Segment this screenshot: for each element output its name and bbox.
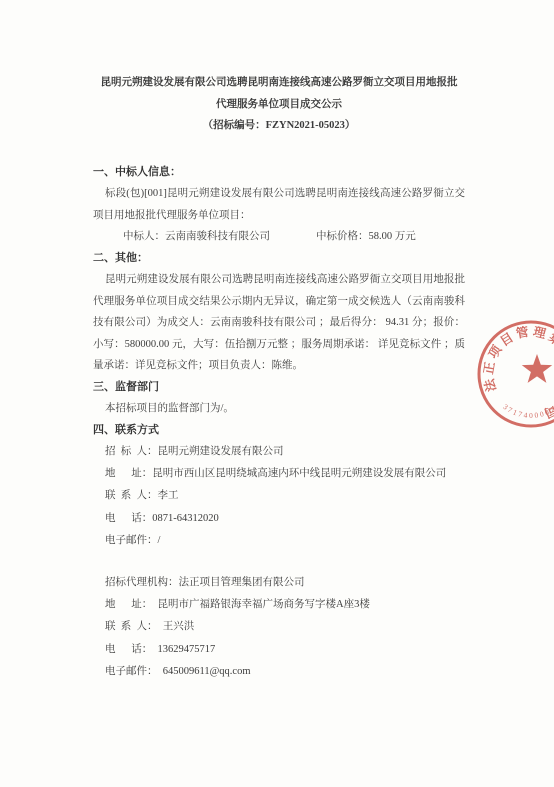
agency-email-label: 电子邮件：	[105, 666, 163, 677]
blank-spacer	[93, 552, 465, 572]
section-winner-heading: 一、中标人信息：	[93, 162, 465, 184]
agency-phone-line: 电 话： 13629475717	[93, 639, 465, 661]
section-winner-paragraph: 标段(包)[001]昆明元朔建设发展有限公司选聘昆明南连接线高速公路罗衙立交项目…	[93, 183, 465, 226]
tenderer-name-value: 昆明元朔建设发展有限公司	[158, 446, 284, 457]
document-content: 昆明元朔建设发展有限公司选聘昆明南连接线高速公路罗衙立交项目用地报批 代理服务单…	[93, 72, 465, 683]
tenderer-address-line: 地 址：昆明市西山区昆明绕城高速内环中线昆明元朔建设发展有限公司	[93, 463, 465, 485]
winner-row: 中标人：云南南骏科技有限公司中标价格：58.00 万元	[93, 226, 465, 248]
agency-phone-label: 电 话：	[105, 644, 158, 655]
agency-contact-label: 联 系 人：	[105, 621, 163, 632]
winner-name: 中标人：云南南骏科技有限公司	[123, 231, 270, 242]
section-winner: 一、中标人信息： 标段(包)[001]昆明元朔建设发展有限公司选聘昆明南连接线高…	[93, 162, 465, 248]
bid-number: （招标编号：FZYN2021-05023）	[93, 115, 465, 137]
title-line-2: 代理服务单位项目成交公示	[93, 94, 465, 116]
agency-address-line: 地 址： 昆明市广福路银海幸福广场商务写字楼A座3楼	[93, 594, 465, 616]
tenderer-email-label: 电子邮件：	[105, 535, 158, 546]
agency-contact-value: 王兴洪	[163, 621, 195, 632]
tenderer-contact-value: 李工	[158, 490, 179, 501]
tenderer-address-value: 昆明市西山区昆明绕城高速内环中线昆明元朔建设发展有限公司	[152, 468, 446, 479]
tenderer-phone-line: 电 话：0871-64312020	[93, 508, 465, 530]
tenderer-email-line: 电子邮件：/	[93, 530, 465, 552]
tenderer-email-value: /	[158, 535, 161, 546]
section-supervision-heading: 三、监督部门	[93, 377, 465, 399]
tenderer-name-line: 招 标 人：昆明元朔建设发展有限公司	[93, 441, 465, 463]
tenderer-phone-value: 0871-64312020	[152, 513, 219, 524]
tenderer-contact-label: 联 系 人：	[105, 490, 158, 501]
agency-email-line: 电子邮件： 645009611@qq.com	[93, 661, 465, 683]
tenderer-phone-label: 电 话：	[105, 513, 152, 524]
agency-name-value: 法正项目管理集团有限公司	[179, 577, 305, 588]
agency-email-value: 645009611@qq.com	[163, 666, 251, 677]
tenderer-name-label: 招 标 人：	[105, 446, 158, 457]
star-icon	[522, 354, 552, 383]
agency-address-value: 昆明市广福路银海幸福广场商务写字楼A座3楼	[158, 599, 370, 610]
agency-phone-value: 13629475717	[158, 644, 216, 655]
section-contact-heading: 四、联系方式	[93, 420, 465, 442]
seal-company-text: 法正项目管理集团有限公司	[480, 323, 554, 421]
section-other-heading: 二、其他：	[93, 248, 465, 270]
tenderer-address-label: 地 址：	[105, 468, 152, 479]
document-page: 昆明元朔建设发展有限公司选聘昆明南连接线高速公路罗衙立交项目用地报批 代理服务单…	[0, 0, 554, 787]
tenderer-contact-line: 联 系 人：李工	[93, 485, 465, 507]
agency-name-line: 招标代理机构：法正项目管理集团有限公司	[93, 572, 465, 594]
agency-name-label: 招标代理机构：	[105, 577, 179, 588]
winner-price: 中标价格：58.00 万元	[316, 231, 416, 242]
title-line-1: 昆明元朔建设发展有限公司选聘昆明南连接线高速公路罗衙立交项目用地报批	[93, 72, 465, 94]
section-contact: 四、联系方式 招 标 人：昆明元朔建设发展有限公司 地 址：昆明市西山区昆明绕城…	[93, 420, 465, 684]
agency-contact-line: 联 系 人： 王兴洪	[93, 616, 465, 638]
section-supervision: 三、监督部门 本招标项目的监督部门为/。	[93, 377, 465, 420]
section-supervision-body: 本招标项目的监督部门为/。	[93, 398, 465, 420]
seal-ring	[479, 322, 554, 426]
section-other-paragraph: 昆明元朔建设发展有限公司选聘昆明南连接线高速公路罗衙立交项目用地报批代理服务单位…	[93, 269, 465, 377]
section-other: 二、其他： 昆明元朔建设发展有限公司选聘昆明南连接线高速公路罗衙立交项目用地报批…	[93, 248, 465, 377]
document-title: 昆明元朔建设发展有限公司选聘昆明南连接线高速公路罗衙立交项目用地报批 代理服务单…	[93, 72, 465, 137]
agency-address-label: 地 址：	[105, 599, 158, 610]
